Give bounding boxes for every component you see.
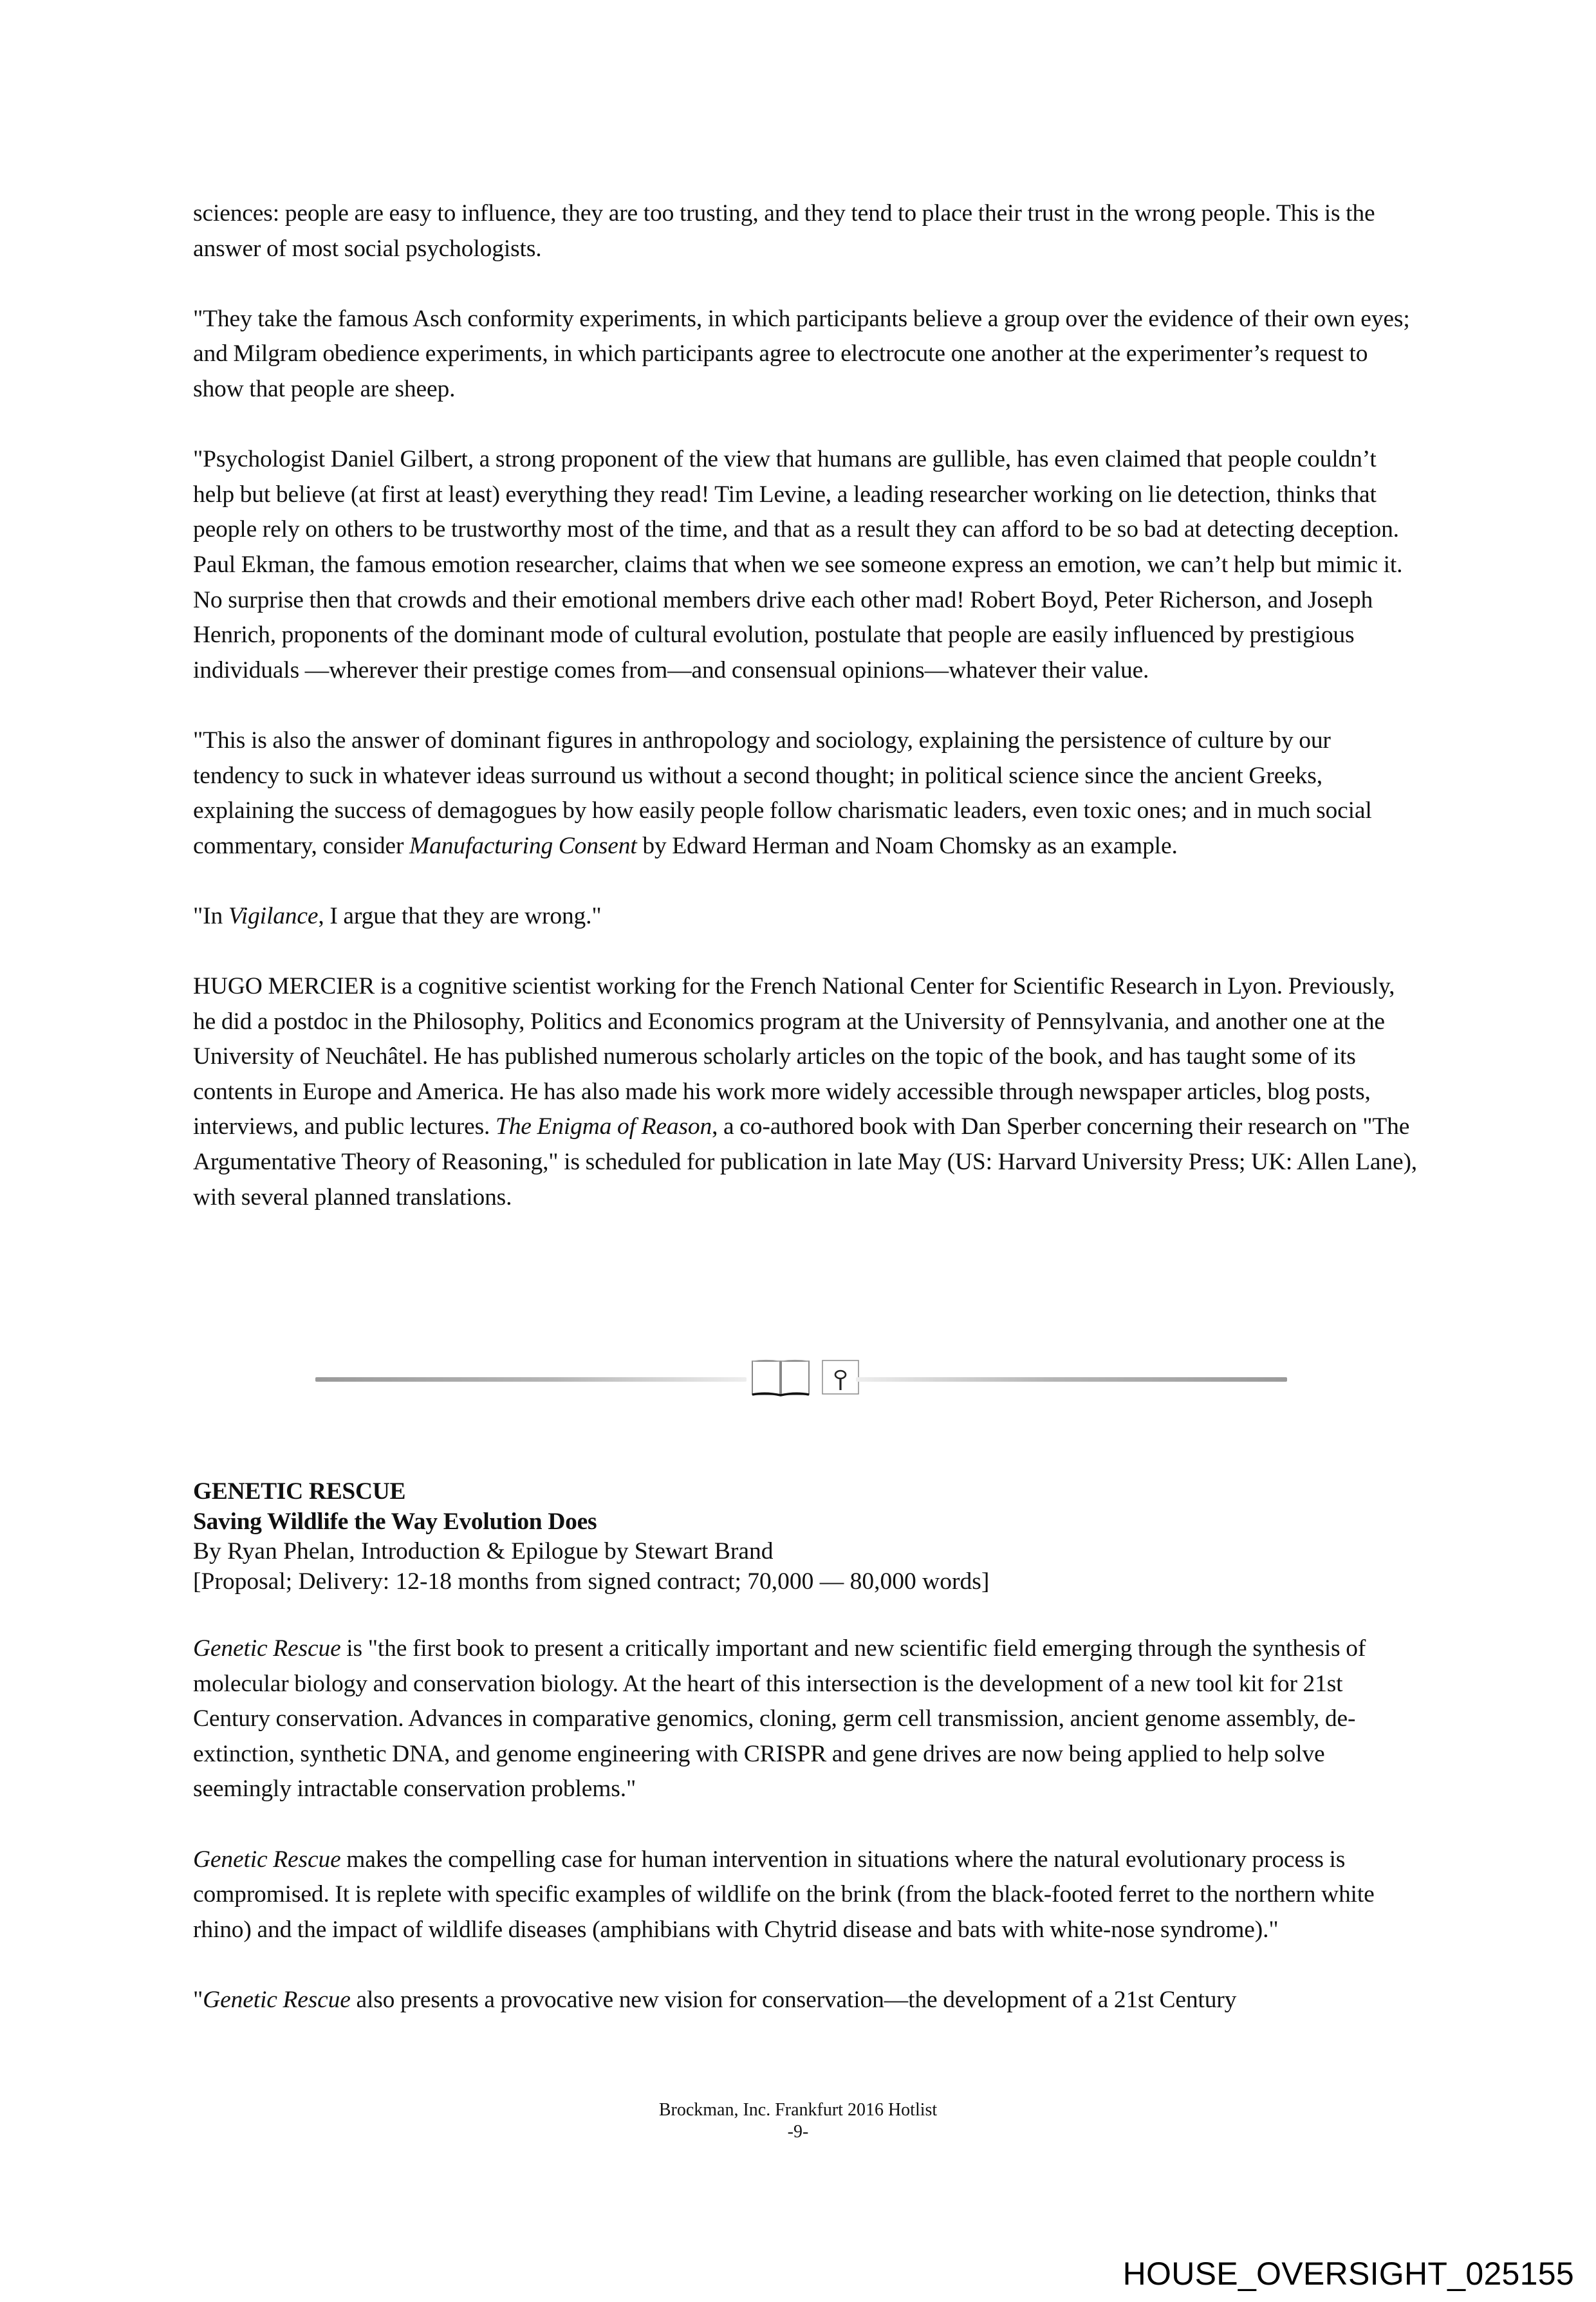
book-title-italic: Genetic Rescue (203, 1987, 351, 2013)
paragraph-vigilance-argument: "In Vigilance, I argue that they are wro… (193, 899, 1419, 934)
book-byline: By Ryan Phelan, Introduction & Epilogue … (193, 1537, 1419, 1567)
bates-stamp: HOUSE_OVERSIGHT_025155 (1123, 2256, 1574, 2292)
text-run: is "the first book to present a critical… (193, 1635, 1366, 1802)
text-run: "In (193, 903, 228, 929)
book-subtitle: Saving Wildlife the Way Evolution Does (193, 1507, 1419, 1537)
section-genetic-rescue: GENETIC RESCUE Saving Wildlife the Way E… (193, 1477, 1419, 2053)
page-footer: Brockman, Inc. Frankfurt 2016 Hotlist -9… (0, 2099, 1596, 2143)
page-number: -9- (0, 2121, 1596, 2143)
book-title-italic: Vigilance (228, 903, 319, 929)
text-run: makes the compelling case for human inte… (193, 1846, 1375, 1943)
book-delivery-details: [Proposal; Delivery: 12-18 months from s… (193, 1567, 1419, 1597)
paragraph-gilbert-levine-ekman: "Psychologist Daniel Gilbert, a strong p… (193, 442, 1419, 688)
text-run: " (193, 1987, 203, 2013)
text-run: , I argue that they are wrong." (318, 903, 601, 929)
section-divider (315, 1358, 1287, 1403)
paragraph-social-psychologists: sciences: people are easy to influence, … (193, 196, 1419, 266)
paragraph-anthropology-sociology: "This is also the answer of dominant fig… (193, 723, 1419, 864)
paragraph-genetic-rescue-intro: Genetic Rescue is "the first book to pre… (193, 1631, 1419, 1807)
book-title-italic: Genetic Rescue (193, 1846, 341, 1873)
divider-rule-right (856, 1377, 1287, 1382)
book-title-italic: The Enigma of Reason (496, 1113, 712, 1140)
book-title: GENETIC RESCUE (193, 1477, 1419, 1507)
footer-publisher-line: Brockman, Inc. Frankfurt 2016 Hotlist (0, 2099, 1596, 2121)
lamp-icon (821, 1359, 861, 1397)
section-vigilance-continued: sciences: people are easy to influence, … (193, 196, 1419, 1250)
text-run: also presents a provocative new vision f… (351, 1987, 1237, 2013)
paragraph-author-bio: HUGO MERCIER is a cognitive scientist wo… (193, 969, 1419, 1215)
book-title-italic: Genetic Rescue (193, 1635, 341, 1662)
paragraph-genetic-rescue-case: Genetic Rescue makes the compelling case… (193, 1843, 1419, 1948)
open-book-icon (751, 1359, 810, 1399)
text-run: by Edward Herman and Noam Chomsky as an … (637, 833, 1178, 859)
divider-rule-left (315, 1377, 747, 1382)
paragraph-genetic-rescue-vision: "Genetic Rescue also presents a provocat… (193, 1983, 1419, 2018)
book-title-italic: Manufacturing Consent (409, 833, 637, 859)
book-header: GENETIC RESCUE Saving Wildlife the Way E… (193, 1477, 1419, 1597)
paragraph-asch-milgram: "They take the famous Asch conformity ex… (193, 302, 1419, 407)
